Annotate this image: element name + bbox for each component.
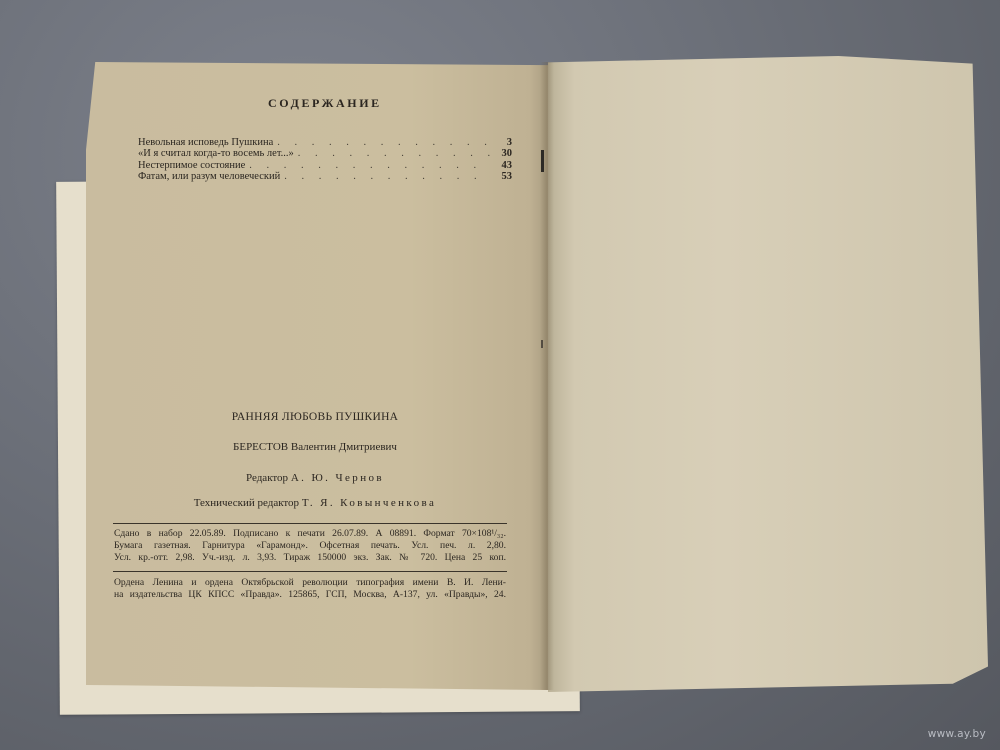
imprint-line: Сдано в набор 22.05.89. Подписано к печа…	[114, 528, 506, 540]
imprint-line: Бумага газетная. Гарнитура «Гарамонд». О…	[114, 540, 506, 552]
toc-leader-dots: . . . . . . . . . . . . . . . . . . . . …	[277, 137, 490, 148]
editor-name: А. Ю. Чернов	[291, 472, 384, 484]
toc-entry: Невольная исповедь Пушкина . . . . . . .…	[138, 137, 512, 148]
staple-top	[541, 150, 544, 172]
tech-editor-line: Технический редактор Т. Я. Ковынченкова	[150, 497, 480, 509]
printer-line: Ордена Ленина и ордена Октябрьской револ…	[114, 577, 506, 589]
toc-entry: «И я считал когда-то восемь лет...» . . …	[138, 148, 512, 159]
printer-block: Ордена Ленина и ордена Октябрьской револ…	[114, 577, 506, 601]
imprint-line: Усл. кр.-отт. 2,98. Уч.-изд. л. 3,93. Ти…	[114, 552, 506, 564]
toc-entry-page: 43	[494, 160, 512, 171]
editor-line: Редактор А. Ю. Чернов	[150, 472, 480, 484]
imprint-rule-top	[113, 523, 507, 524]
toc-entry-page: 30	[494, 148, 512, 159]
toc-entry-title: Нестерпимое состояние	[138, 160, 245, 171]
toc-entry: Фатам, или разум человеческий . . . . . …	[138, 171, 512, 182]
toc-leader-dots: . . . . . . . . . . . . . . . . . . . . …	[249, 160, 490, 171]
tech-editor-label: Технический редактор	[194, 497, 299, 509]
imprint-block: Сдано в набор 22.05.89. Подписано к печа…	[114, 528, 506, 565]
author-surname: БЕРЕСТОВ	[233, 441, 288, 453]
toc-entry: Нестерпимое состояние . . . . . . . . . …	[138, 160, 512, 171]
table-of-contents: Невольная исповедь Пушкина . . . . . . .…	[138, 137, 512, 182]
author-line: БЕРЕСТОВ Валентин Дмитриевич	[150, 441, 480, 453]
right-page-blank	[548, 56, 988, 692]
editor-label: Редактор	[246, 472, 288, 484]
watermark: www.ay.by	[928, 728, 986, 740]
author-name: Валентин Дмитриевич	[291, 441, 397, 453]
toc-leader-dots: . . . . . . . . . . . . . . . . . . . . …	[298, 148, 490, 159]
toc-entry-title: «И я считал когда-то восемь лет...»	[138, 148, 294, 159]
printer-line: на издательства ЦК КПСС «Правда». 125865…	[114, 589, 506, 601]
staple-mark	[541, 340, 543, 348]
book-title: РАННЯЯ ЛЮБОВЬ ПУШКИНА	[150, 411, 480, 423]
toc-leader-dots: . . . . . . . . . . . . . . . . . . . . …	[284, 171, 490, 182]
contents-heading: СОДЕРЖАНИЕ	[268, 96, 382, 111]
toc-entry-title: Невольная исповедь Пушкина	[138, 137, 273, 148]
tech-editor-name: Т. Я. Ковынченкова	[302, 497, 436, 509]
toc-entry-page: 3	[494, 137, 512, 148]
imprint-rule-bottom	[113, 571, 507, 572]
toc-entry-page: 53	[494, 171, 512, 182]
toc-entry-title: Фатам, или разум человеческий	[138, 171, 280, 182]
